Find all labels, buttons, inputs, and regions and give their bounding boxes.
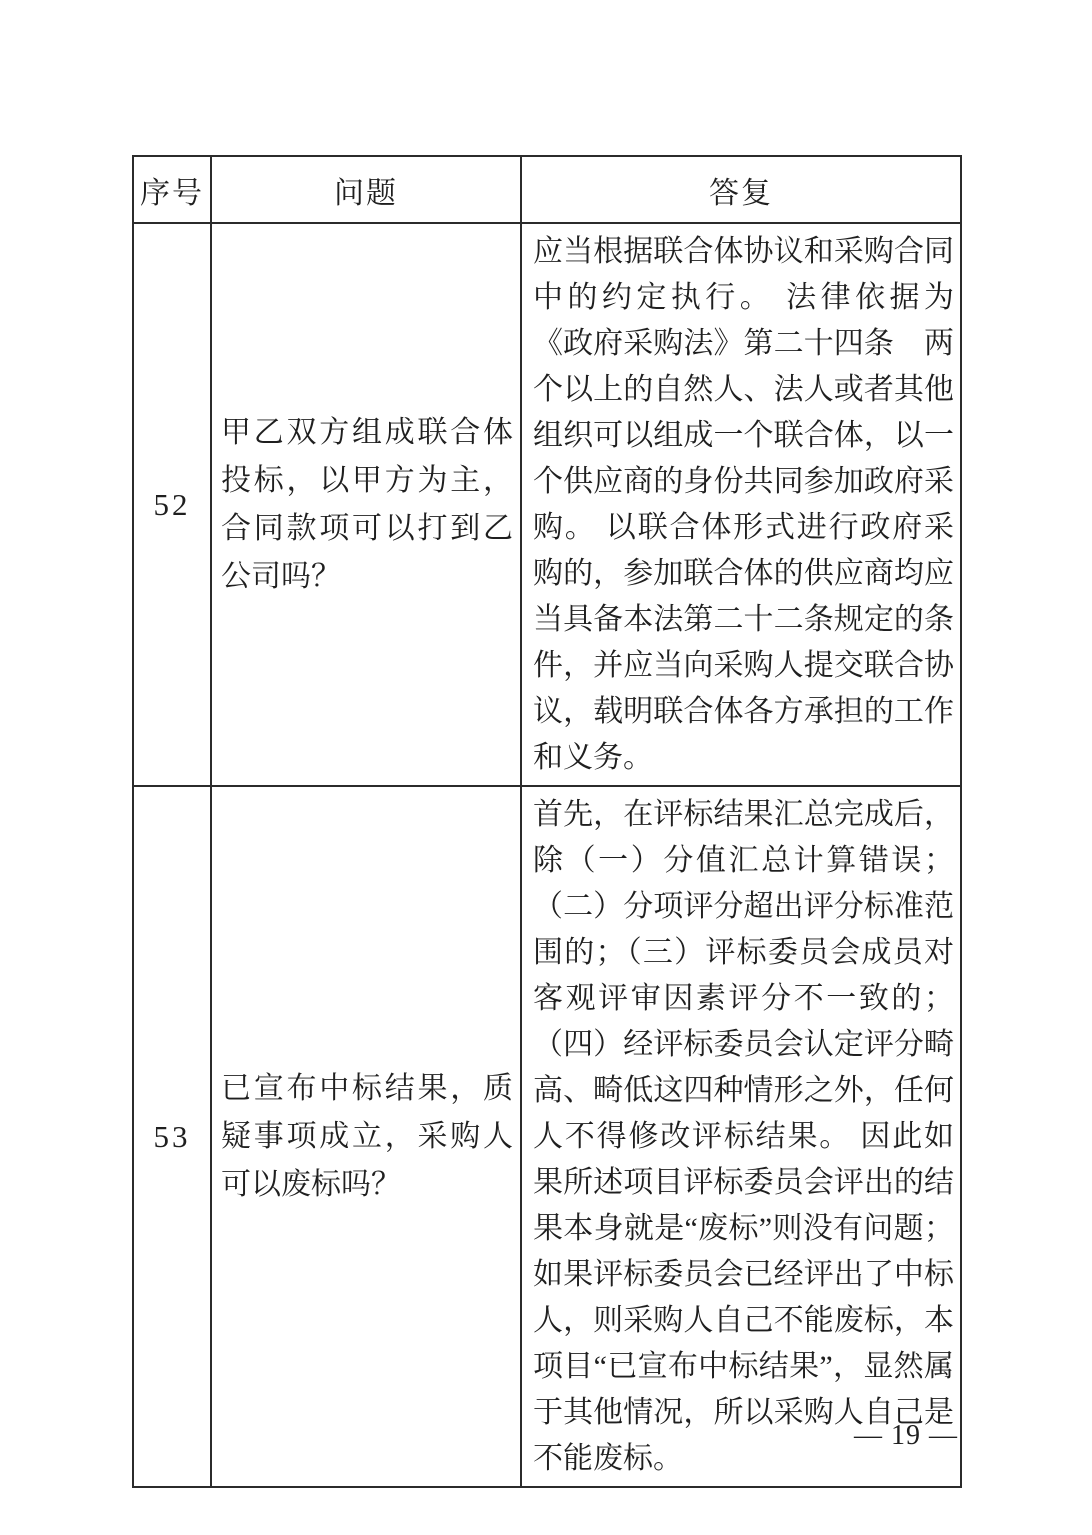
row-53-index: 53 [133,786,211,1487]
header-cell-index: 序号 [133,156,211,223]
header-cell-question: 问题 [211,156,521,223]
row-52-answer-cell: 应当根据联合体协议和采购合同中的约定执行。 法律依据为《政府采购法》第二十四条 … [521,223,961,786]
row-53-question-cell: 已宣布中标结果，质疑事项成立，采购人可以废标吗？ [211,786,521,1487]
table-header-row: 序号 问题 答复 [133,156,961,223]
qa-table: 序号 问题 答复 52 甲乙双方组成联合体投标，以甲方为主，合同款项可以打到乙公… [132,155,962,1488]
page-number: — 19 — [854,1420,958,1452]
row-52-question-text: 甲乙双方组成联合体投标，以甲方为主，合同款项可以打到乙公司吗？ [221,409,513,601]
row-52-index: 52 [133,223,211,786]
row-53-question-text: 已宣布中标结果，质疑事项成立，采购人可以废标吗？ [221,1065,513,1209]
document-page: 序号 问题 答复 52 甲乙双方组成联合体投标，以甲方为主，合同款项可以打到乙公… [0,0,1092,1535]
row-52-answer-text: 应当根据联合体协议和采购合同中的约定执行。 法律依据为《政府采购法》第二十四条 … [533,229,954,781]
table-row-53: 53 已宣布中标结果，质疑事项成立，采购人可以废标吗？ 首先，在评标结果汇总完成… [133,786,961,1487]
table-row-52: 52 甲乙双方组成联合体投标，以甲方为主，合同款项可以打到乙公司吗？ 应当根据联… [133,223,961,786]
row-53-answer-text: 首先，在评标结果汇总完成后，除（一）分值汇总计算错误；（二）分项评分超出评分标准… [533,792,954,1482]
row-52-question-cell: 甲乙双方组成联合体投标，以甲方为主，合同款项可以打到乙公司吗？ [211,223,521,786]
header-cell-answer: 答复 [521,156,961,223]
row-53-answer-cell: 首先，在评标结果汇总完成后，除（一）分值汇总计算错误；（二）分项评分超出评分标准… [521,786,961,1487]
